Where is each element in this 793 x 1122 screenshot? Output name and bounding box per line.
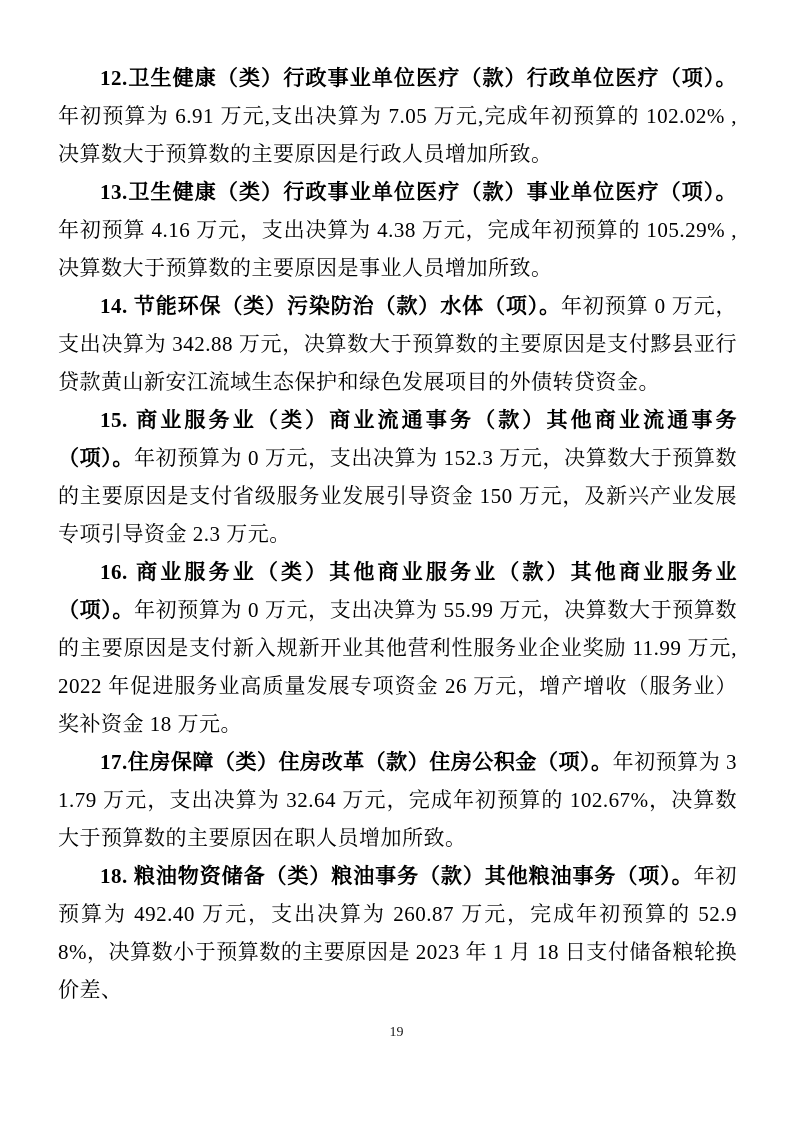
paragraph-12-body: 年初预算为 6.91 万元,支出决算为 7.05 万元,完成年初预算的 102.… (58, 104, 737, 166)
paragraph-12-heading: 12.卫生健康（类）行政事业单位医疗（款）行政单位医疗（项）。 (100, 66, 737, 90)
paragraph-18-heading: 18. 粮油物资储备（类）粮油事务（款）其他粮油事务（项）。 (100, 864, 694, 888)
paragraph-17-heading: 17.住房保障（类）住房改革（款）住房公积金（项）。 (100, 750, 613, 774)
paragraph-14: 14. 节能环保（类）污染防治（款）水体（项）。年初预算 0 万元，支出决算为 … (58, 287, 737, 401)
paragraph-16: 16. 商业服务业（类）其他商业服务业（款）其他商业服务业（项）。年初预算为 0… (58, 553, 737, 743)
paragraph-15: 15. 商业服务业（类）商业流通事务（款）其他商业流通事务（项）。年初预算为 0… (58, 401, 737, 553)
document-body: 12.卫生健康（类）行政事业单位医疗（款）行政单位医疗（项）。年初预算为 6.9… (58, 59, 737, 1009)
paragraph-16-body: 年初预算为 0 万元，支出决算为 55.99 万元，决算数大于预算数的主要原因是… (58, 598, 737, 736)
paragraph-13: 13.卫生健康（类）行政事业单位医疗（款）事业单位医疗（项）。年初预算 4.16… (58, 173, 737, 287)
paragraph-18: 18. 粮油物资储备（类）粮油事务（款）其他粮油事务（项）。年初预算为 492.… (58, 857, 737, 1009)
page-number: 19 (0, 1024, 793, 1042)
paragraph-13-body: 年初预算 4.16 万元，支出决算为 4.38 万元，完成年初预算的 105.2… (58, 218, 737, 280)
paragraph-17: 17.住房保障（类）住房改革（款）住房公积金（项）。年初预算为 31.79 万元… (58, 743, 737, 857)
document-page: 12.卫生健康（类）行政事业单位医疗（款）行政单位医疗（项）。年初预算为 6.9… (0, 0, 793, 1122)
paragraph-13-heading: 13.卫生健康（类）行政事业单位医疗（款）事业单位医疗（项）。 (100, 180, 737, 204)
paragraph-15-body: 年初预算为 0 万元，支出决算为 152.3 万元，决算数大于预算数的主要原因是… (58, 446, 737, 546)
paragraph-14-heading: 14. 节能环保（类）污染防治（款）水体（项）。 (100, 294, 561, 318)
paragraph-12: 12.卫生健康（类）行政事业单位医疗（款）行政单位医疗（项）。年初预算为 6.9… (58, 59, 737, 173)
